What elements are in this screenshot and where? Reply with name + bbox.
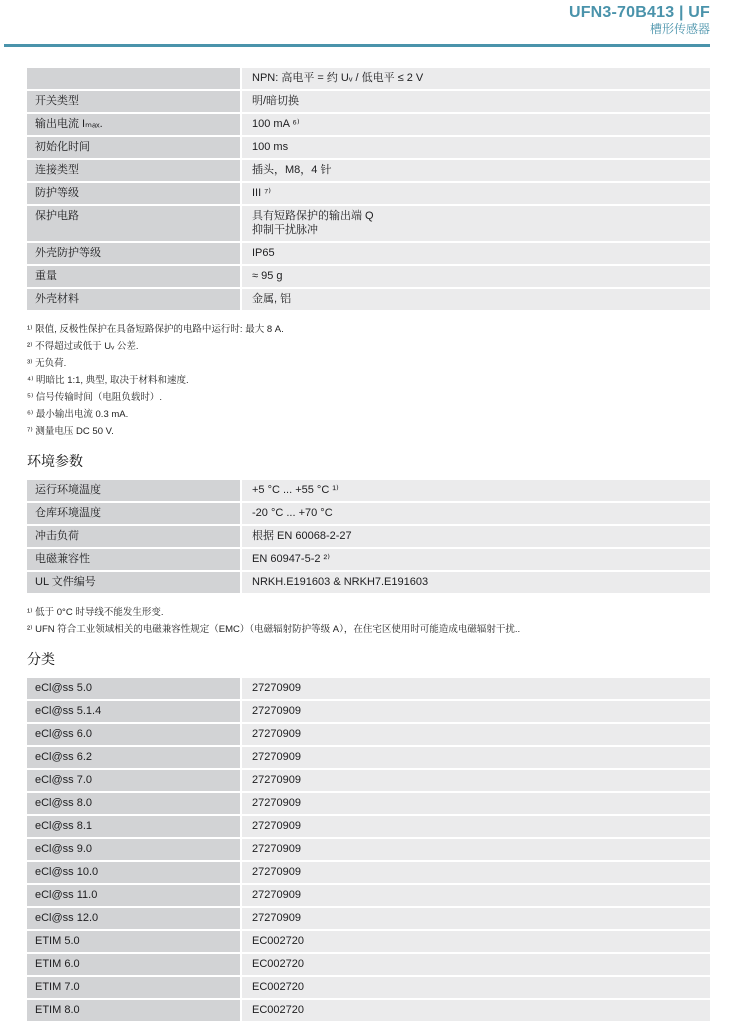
row-value: 27270909 bbox=[242, 908, 710, 929]
row-label: 外壳材料 bbox=[27, 289, 240, 310]
table-row: eCl@ss 9.027270909 bbox=[27, 839, 710, 860]
table-row: 重量≈ 95 g bbox=[27, 266, 710, 287]
table-row: 初始化时间100 ms bbox=[27, 137, 710, 158]
footnote: ²⁾ UFN 符合工业领域相关的电磁兼容性规定（EMC）（电磁辐射防护等级 A）… bbox=[27, 621, 710, 638]
row-label: eCl@ss 7.0 bbox=[27, 770, 240, 791]
table-row: 连接类型插头，M8，4 针 bbox=[27, 160, 710, 181]
row-label: eCl@ss 6.2 bbox=[27, 747, 240, 768]
row-value: +5 °C ... +55 °C ¹⁾ bbox=[242, 480, 710, 501]
row-label: 仓库环境温度 bbox=[27, 503, 240, 524]
table-row: eCl@ss 12.027270909 bbox=[27, 908, 710, 929]
section-heading: 分类 bbox=[27, 651, 710, 668]
table-row: eCl@ss 6.027270909 bbox=[27, 724, 710, 745]
table-row: NPN: 高电平 = 约 Uᵥ / 低电平 ≤ 2 V bbox=[27, 68, 710, 89]
table-row: eCl@ss 5.1.427270909 bbox=[27, 701, 710, 722]
table-row: eCl@ss 11.027270909 bbox=[27, 885, 710, 906]
row-value: NRKH.E191603 & NRKH7.E191603 bbox=[242, 572, 710, 593]
footnote: ²⁾ 不得超过或低于 Uᵥ 公差. bbox=[27, 338, 710, 355]
row-label: 冲击负荷 bbox=[27, 526, 240, 547]
spec-section: 环境参数 运行环境温度+5 °C ... +55 °C ¹⁾仓库环境温度-20 … bbox=[27, 453, 710, 638]
footnotes: ¹⁾ 限值, 反极性保护在具备短路保护的电路中运行时: 最大 8 A.²⁾ 不得… bbox=[27, 321, 710, 440]
row-value: ≈ 95 g bbox=[242, 266, 710, 287]
row-value: 根据 EN 60068-2-27 bbox=[242, 526, 710, 547]
row-value: 27270909 bbox=[242, 724, 710, 745]
row-value: 27270909 bbox=[242, 747, 710, 768]
table-row: 电磁兼容性EN 60947-5-2 ²⁾ bbox=[27, 549, 710, 570]
row-value: NPN: 高电平 = 约 Uᵥ / 低电平 ≤ 2 V bbox=[242, 68, 710, 89]
product-title: UFN3-70B413 | UF bbox=[27, 3, 710, 22]
footnote: ⁵⁾ 信号传输时间（电阻负载时）. bbox=[27, 389, 710, 406]
row-value: 27270909 bbox=[242, 793, 710, 814]
row-value: EN 60947-5-2 ²⁾ bbox=[242, 549, 710, 570]
table-row: ETIM 5.0EC002720 bbox=[27, 931, 710, 952]
row-value: EC002720 bbox=[242, 931, 710, 952]
row-value: 27270909 bbox=[242, 770, 710, 791]
table-row: ETIM 6.0EC002720 bbox=[27, 954, 710, 975]
row-value: 27270909 bbox=[242, 701, 710, 722]
footnote: ¹⁾ 低于 0°C 时导线不能发生形变. bbox=[27, 604, 710, 621]
sections: NPN: 高电平 = 约 Uᵥ / 低电平 ≤ 2 V开关类型明/暗切换输出电流… bbox=[27, 68, 710, 1021]
row-label: eCl@ss 10.0 bbox=[27, 862, 240, 883]
row-value: EC002720 bbox=[242, 954, 710, 975]
footnotes: ¹⁾ 低于 0°C 时导线不能发生形变.²⁾ UFN 符合工业领域相关的电磁兼容… bbox=[27, 604, 710, 638]
row-label: 连接类型 bbox=[27, 160, 240, 181]
row-label: ETIM 6.0 bbox=[27, 954, 240, 975]
table-row: 外壳防护等级IP65 bbox=[27, 243, 710, 264]
row-label: 外壳防护等级 bbox=[27, 243, 240, 264]
row-value: 27270909 bbox=[242, 885, 710, 906]
datasheet-page: UFN3-70B413 | UF 槽形传感器 NPN: 高电平 = 约 Uᵥ /… bbox=[0, 0, 737, 1021]
row-label: eCl@ss 5.1.4 bbox=[27, 701, 240, 722]
row-label: eCl@ss 9.0 bbox=[27, 839, 240, 860]
table-row: eCl@ss 10.027270909 bbox=[27, 862, 710, 883]
row-value: 27270909 bbox=[242, 839, 710, 860]
table-row: eCl@ss 5.027270909 bbox=[27, 678, 710, 699]
row-label: 电磁兼容性 bbox=[27, 549, 240, 570]
table-row: 保护电路具有短路保护的输出端 Q 抑制干扰脉冲 bbox=[27, 206, 710, 241]
row-value: 27270909 bbox=[242, 862, 710, 883]
table-row: eCl@ss 8.027270909 bbox=[27, 793, 710, 814]
footnote: ¹⁾ 限值, 反极性保护在具备短路保护的电路中运行时: 最大 8 A. bbox=[27, 321, 710, 338]
row-value: 27270909 bbox=[242, 816, 710, 837]
table-row: eCl@ss 6.227270909 bbox=[27, 747, 710, 768]
row-label: 输出电流 Iₘₐₓ. bbox=[27, 114, 240, 135]
row-value: EC002720 bbox=[242, 1000, 710, 1021]
row-label bbox=[27, 68, 240, 89]
row-label: UL 文件编号 bbox=[27, 572, 240, 593]
spec-table: 运行环境温度+5 °C ... +55 °C ¹⁾仓库环境温度-20 °C ..… bbox=[27, 480, 710, 593]
spec-table: eCl@ss 5.027270909eCl@ss 5.1.427270909eC… bbox=[27, 678, 710, 1021]
table-row: eCl@ss 8.127270909 bbox=[27, 816, 710, 837]
table-row: UL 文件编号NRKH.E191603 & NRKH7.E191603 bbox=[27, 572, 710, 593]
row-label: 运行环境温度 bbox=[27, 480, 240, 501]
table-row: 输出电流 Iₘₐₓ.100 mA ⁶⁾ bbox=[27, 114, 710, 135]
table-row: ETIM 8.0EC002720 bbox=[27, 1000, 710, 1021]
row-value: IP65 bbox=[242, 243, 710, 264]
row-label: eCl@ss 8.0 bbox=[27, 793, 240, 814]
table-row: 防护等级III ⁷⁾ bbox=[27, 183, 710, 204]
spec-section: NPN: 高电平 = 约 Uᵥ / 低电平 ≤ 2 V开关类型明/暗切换输出电流… bbox=[27, 68, 710, 440]
row-label: 开关类型 bbox=[27, 91, 240, 112]
footnote: ³⁾ 无负荷. bbox=[27, 355, 710, 372]
row-label: ETIM 5.0 bbox=[27, 931, 240, 952]
table-row: 运行环境温度+5 °C ... +55 °C ¹⁾ bbox=[27, 480, 710, 501]
row-label: 初始化时间 bbox=[27, 137, 240, 158]
row-label: 保护电路 bbox=[27, 206, 240, 241]
row-label: ETIM 7.0 bbox=[27, 977, 240, 998]
row-value: 27270909 bbox=[242, 678, 710, 699]
row-value: EC002720 bbox=[242, 977, 710, 998]
table-row: 仓库环境温度-20 °C ... +70 °C bbox=[27, 503, 710, 524]
row-value: 插头，M8，4 针 bbox=[242, 160, 710, 181]
row-label: ETIM 8.0 bbox=[27, 1000, 240, 1021]
row-value: 100 ms bbox=[242, 137, 710, 158]
row-value: 具有短路保护的输出端 Q 抑制干扰脉冲 bbox=[242, 206, 710, 241]
page-header: UFN3-70B413 | UF 槽形传感器 bbox=[27, 3, 710, 37]
table-row: 冲击负荷根据 EN 60068-2-27 bbox=[27, 526, 710, 547]
row-label: eCl@ss 5.0 bbox=[27, 678, 240, 699]
row-label: eCl@ss 6.0 bbox=[27, 724, 240, 745]
spec-section: 分类 eCl@ss 5.027270909eCl@ss 5.1.42727090… bbox=[27, 651, 710, 1021]
row-value: 明/暗切换 bbox=[242, 91, 710, 112]
footnote: ⁶⁾ 最小输出电流 0.3 mA. bbox=[27, 406, 710, 423]
row-value: -20 °C ... +70 °C bbox=[242, 503, 710, 524]
footnote: ⁷⁾ 测量电压 DC 50 V. bbox=[27, 423, 710, 440]
table-row: ETIM 7.0EC002720 bbox=[27, 977, 710, 998]
row-value: 金属, 铝 bbox=[242, 289, 710, 310]
section-heading: 环境参数 bbox=[27, 453, 710, 470]
footnote: ⁴⁾ 明暗比 1:1, 典型, 取决于材料和速度. bbox=[27, 372, 710, 389]
table-row: eCl@ss 7.027270909 bbox=[27, 770, 710, 791]
spec-table: NPN: 高电平 = 约 Uᵥ / 低电平 ≤ 2 V开关类型明/暗切换输出电流… bbox=[27, 68, 710, 310]
row-value: III ⁷⁾ bbox=[242, 183, 710, 204]
header-divider bbox=[4, 44, 710, 47]
row-label: eCl@ss 11.0 bbox=[27, 885, 240, 906]
table-row: 开关类型明/暗切换 bbox=[27, 91, 710, 112]
row-label: eCl@ss 12.0 bbox=[27, 908, 240, 929]
row-label: 防护等级 bbox=[27, 183, 240, 204]
row-value: 100 mA ⁶⁾ bbox=[242, 114, 710, 135]
row-label: 重量 bbox=[27, 266, 240, 287]
table-row: 外壳材料金属, 铝 bbox=[27, 289, 710, 310]
row-label: eCl@ss 8.1 bbox=[27, 816, 240, 837]
product-subtitle: 槽形传感器 bbox=[27, 22, 710, 37]
